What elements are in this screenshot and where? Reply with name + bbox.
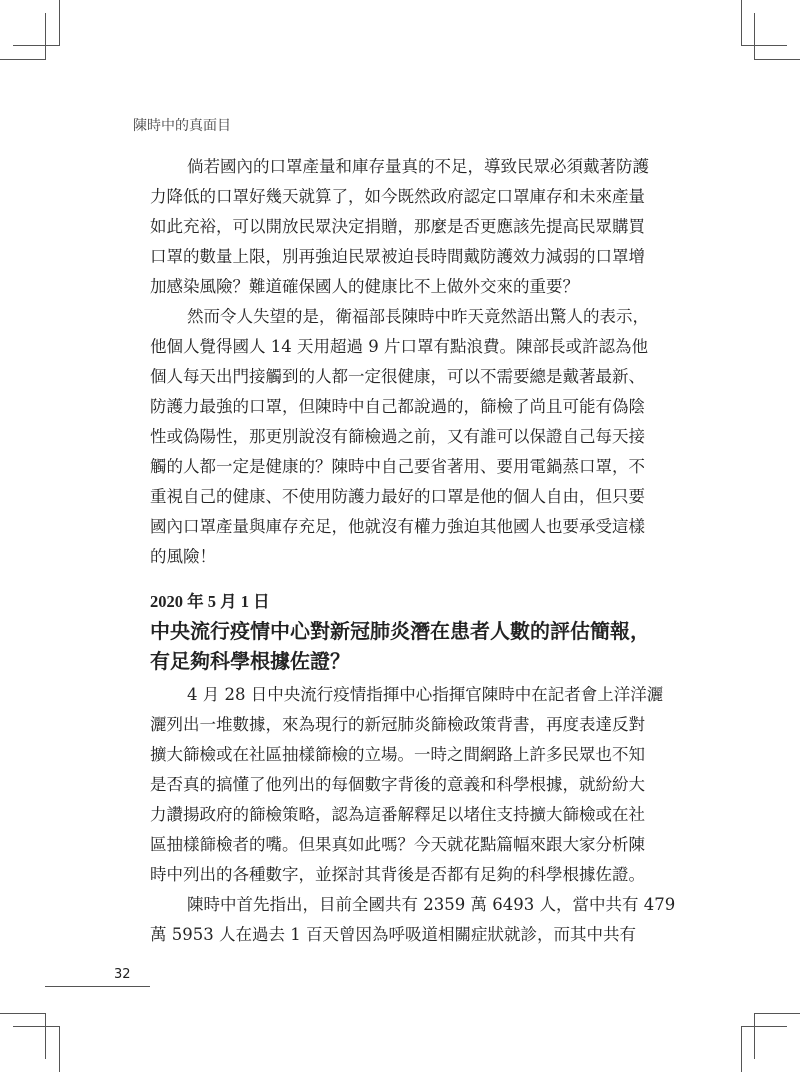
text-line: 萬 5953 人在過去 1 百天曾因為呼吸道相關症狀就診，而其中共有	[150, 925, 632, 945]
running-head: 陳時中的真面目	[133, 115, 231, 135]
section-title: 有足夠科學根據佐證？	[150, 649, 640, 673]
text-line: 力讚揚政府的篩檢策略，認為這番解釋足以堵住支持擴大篩檢或在社	[150, 805, 632, 825]
text-line: 觸的人都一定是健康的？陳時中自己要省著用、要用電鍋蒸口罩，不	[150, 457, 632, 477]
text-line: 的風險！	[150, 547, 632, 567]
crop-mark-top-left-inner-h	[0, 59, 46, 60]
text-line: 擴大篩檢或在社區抽樣篩檢的立場。一時之間網路上許多民眾也不知	[150, 745, 632, 765]
text-line: 4 月 28 日中央流行疫情指揮中心指揮官陳時中在記者會上洋洋灑	[187, 685, 632, 705]
crop-mark-bottom-left-inner-v	[59, 1026, 60, 1072]
text-line: 區抽樣篩檢者的嘴。但果真如此嗎？今天就花點篇幅來跟大家分析陳	[150, 835, 632, 855]
text-line: 然而令人失望的是，衛福部長陳時中昨天竟然語出驚人的表示，	[187, 307, 632, 327]
text-line: 國內口罩產量與庫存充足，他就沒有權力強迫其他國人也要承受這樣	[150, 517, 632, 537]
crop-mark-top-right-inner-v	[754, 13, 755, 59]
crop-mark-bottom-right-inner-h	[741, 1026, 787, 1027]
text-line: 陳時中首先指出，目前全國共有 2359 萬 6493 人，當中共有 479	[187, 895, 632, 915]
text-line: 時中列出的各種數字，並探討其背後是否都有足夠的科學根據佐證。	[150, 865, 632, 885]
crop-mark-top-right-inner-h	[754, 59, 800, 60]
crop-mark-bottom-right-inner-v	[741, 1026, 742, 1072]
text-line: 力降低的口罩好幾天就算了，如今既然政府認定口罩庫存和未來產量	[150, 187, 632, 207]
crop-mark-top-right-outer-h	[741, 45, 787, 46]
text-line: 是否真的搞懂了他列出的每個數字背後的意義和科學根據，就紛紛大	[150, 775, 632, 795]
section-title: 中央流行疫情中心對新冠肺炎潛在患者人數的評估簡報，	[150, 619, 640, 643]
text-line: 加感染風險？難道確保國人的健康比不上做外交來的重要？	[150, 277, 632, 297]
crop-mark-bottom-left-outer-v	[45, 1013, 46, 1059]
text-line: 倘若國內的口罩產量和庫存量真的不足，導致民眾必須戴著防護	[187, 157, 632, 177]
text-line: 重視自己的健康、不使用防護力最好的口罩是他的個人自由，但只要	[150, 487, 632, 507]
text-line: 灑列出一堆數據，來為現行的新冠肺炎篩檢政策背書，再度表達反對	[150, 715, 632, 735]
text-line: 個人每天出門接觸到的人都一定很健康，可以不需要總是戴著最新、	[150, 367, 632, 387]
crop-mark-bottom-left-inner-h	[13, 1026, 60, 1027]
crop-mark-top-left-inner-v	[45, 13, 46, 59]
crop-mark-bottom-right-outer-h	[754, 1013, 800, 1014]
crop-mark-top-left-outer-v	[59, 0, 60, 45]
crop-mark-top-left-outer-h	[13, 45, 60, 46]
text-line: 如此充裕，可以開放民眾決定捐贈，那麼是否更應該先提高民眾購買	[150, 217, 632, 237]
crop-mark-bottom-left-outer-h	[0, 1013, 46, 1014]
text-line: 口罩的數量上限，別再強迫民眾被迫長時間戴防護效力減弱的口罩增	[150, 247, 632, 267]
folio-rule	[45, 986, 150, 987]
text-line: 他個人覺得國人 14 天用超過 9 片口罩有點浪費。陳部長或許認為他	[150, 337, 632, 357]
section-date: 2020 年 5 月 1 日	[150, 588, 270, 612]
crop-mark-top-right-outer-v	[741, 0, 742, 45]
page-number: 32	[114, 967, 131, 982]
crop-mark-bottom-right-outer-v	[754, 1013, 755, 1059]
text-line: 防護力最強的口罩，但陳時中自己都說過的，篩檢了尚且可能有偽陰	[150, 397, 632, 417]
text-line: 性或偽陽性，那更別說沒有篩檢過之前，又有誰可以保證自己每天接	[150, 427, 632, 447]
